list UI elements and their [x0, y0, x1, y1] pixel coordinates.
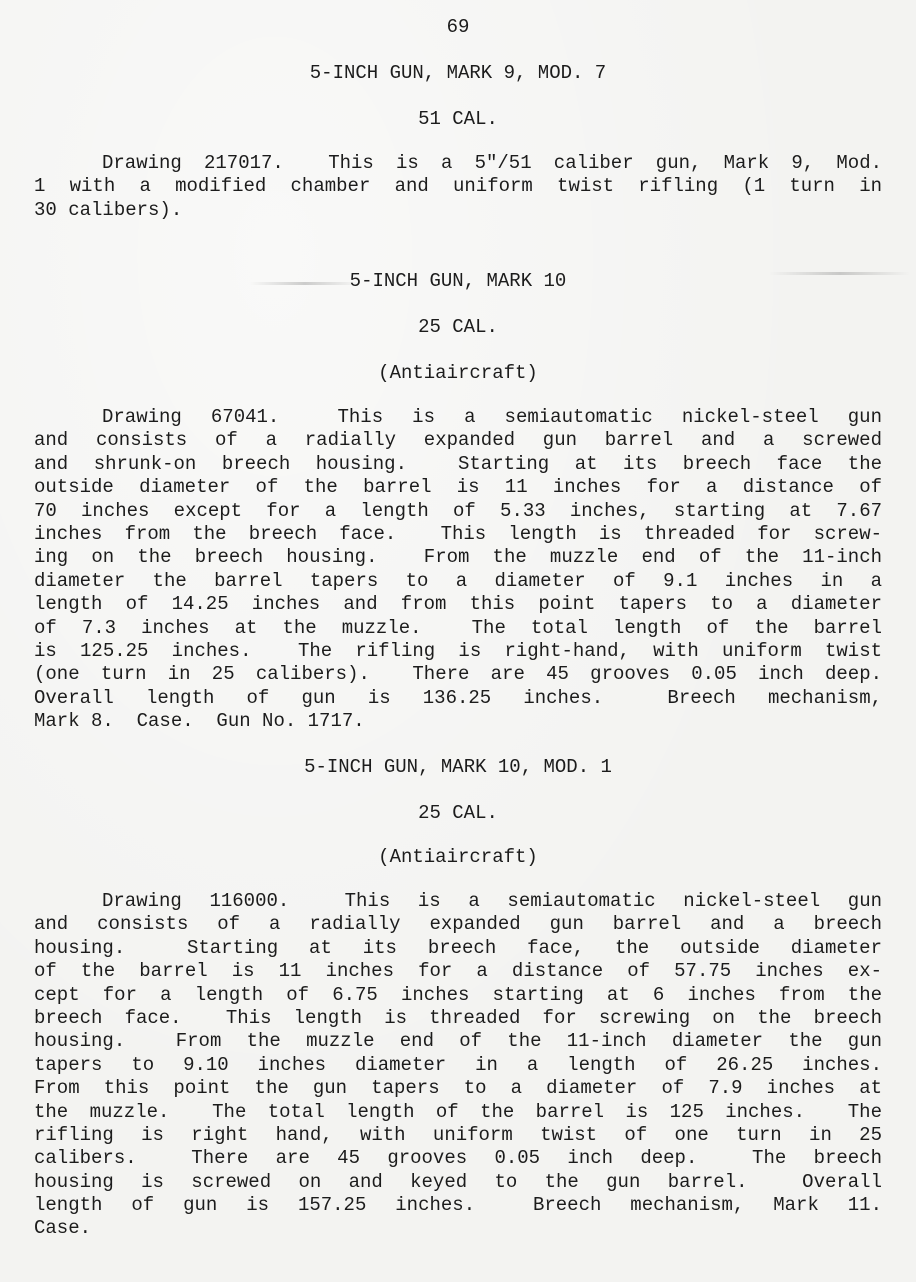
- section-3-caliber: 25 CAL.: [0, 802, 916, 824]
- text-line: ing on the breech housing. From the muzz…: [34, 546, 882, 569]
- text-line: the muzzle. The total length of the barr…: [34, 1101, 882, 1124]
- text-line: outside diameter of the barrel is 11 inc…: [34, 476, 882, 499]
- text-line: length of gun is 157.25 inches. Breech m…: [34, 1194, 882, 1217]
- section-2-body: Drawing 67041. This is a semiautomatic n…: [34, 406, 882, 733]
- text-line: diameter the barrel tapers to a diameter…: [34, 570, 882, 593]
- section-1-body: Drawing 217017. This is a 5"/51 caliber …: [34, 152, 882, 222]
- document-page: 69 5-INCH GUN, MARK 9, MOD. 7 51 CAL. Dr…: [0, 0, 916, 1282]
- text-line: Drawing 217017. This is a 5"/51 caliber …: [34, 152, 882, 175]
- text-line: Mark 8. Case. Gun No. 1717.: [34, 710, 882, 733]
- section-1-caliber: 51 CAL.: [0, 108, 916, 130]
- text-line: cept for a length of 6.75 inches startin…: [34, 984, 882, 1007]
- text-line: From this point the gun tapers to a diam…: [34, 1077, 882, 1100]
- text-line: tapers to 9.10 inches diameter in a leng…: [34, 1054, 882, 1077]
- text-line: Drawing 67041. This is a semiautomatic n…: [34, 406, 882, 429]
- text-line: housing. Starting at its breech face, th…: [34, 937, 882, 960]
- text-line: inches from the breech face. This length…: [34, 523, 882, 546]
- text-line: and consists of a radially expanded gun …: [34, 429, 882, 452]
- text-line: Overall length of gun is 136.25 inches. …: [34, 687, 882, 710]
- text-line: of the barrel is 11 inches for a distanc…: [34, 960, 882, 983]
- text-line: housing. From the muzzle end of the 11-i…: [34, 1030, 882, 1053]
- section-3-title: 5-INCH GUN, MARK 10, MOD. 1: [0, 756, 916, 778]
- section-3-body: Drawing 116000. This is a semiautomatic …: [34, 890, 882, 1241]
- text-line: and consists of a radially expanded gun …: [34, 913, 882, 936]
- text-line: housing is screwed on and keyed to the g…: [34, 1171, 882, 1194]
- text-line: rifling is right hand, with uniform twis…: [34, 1124, 882, 1147]
- text-line: Drawing 116000. This is a semiautomatic …: [34, 890, 882, 913]
- text-line: and shrunk-on breech housing. Starting a…: [34, 453, 882, 476]
- text-line: 30 calibers).: [34, 199, 882, 222]
- text-line: is 125.25 inches. The rifling is right-h…: [34, 640, 882, 663]
- text-line: length of 14.25 inches and from this poi…: [34, 593, 882, 616]
- text-line: breech face. This length is threaded for…: [34, 1007, 882, 1030]
- section-2-type: (Antiaircraft): [0, 362, 916, 384]
- section-2-title: 5-INCH GUN, MARK 10: [0, 270, 916, 292]
- section-3-type: (Antiaircraft): [0, 846, 916, 868]
- page-number: 69: [0, 16, 916, 38]
- section-1-title: 5-INCH GUN, MARK 9, MOD. 7: [0, 62, 916, 84]
- text-line: of 7.3 inches at the muzzle. The total l…: [34, 617, 882, 640]
- text-line: calibers. There are 45 grooves 0.05 inch…: [34, 1147, 882, 1170]
- text-line: 1 with a modified chamber and uniform tw…: [34, 175, 882, 198]
- text-line: (one turn in 25 calibers). There are 45 …: [34, 663, 882, 686]
- text-line: 70 inches except for a length of 5.33 in…: [34, 500, 882, 523]
- section-2-caliber: 25 CAL.: [0, 316, 916, 338]
- text-line: Case.: [34, 1217, 882, 1240]
